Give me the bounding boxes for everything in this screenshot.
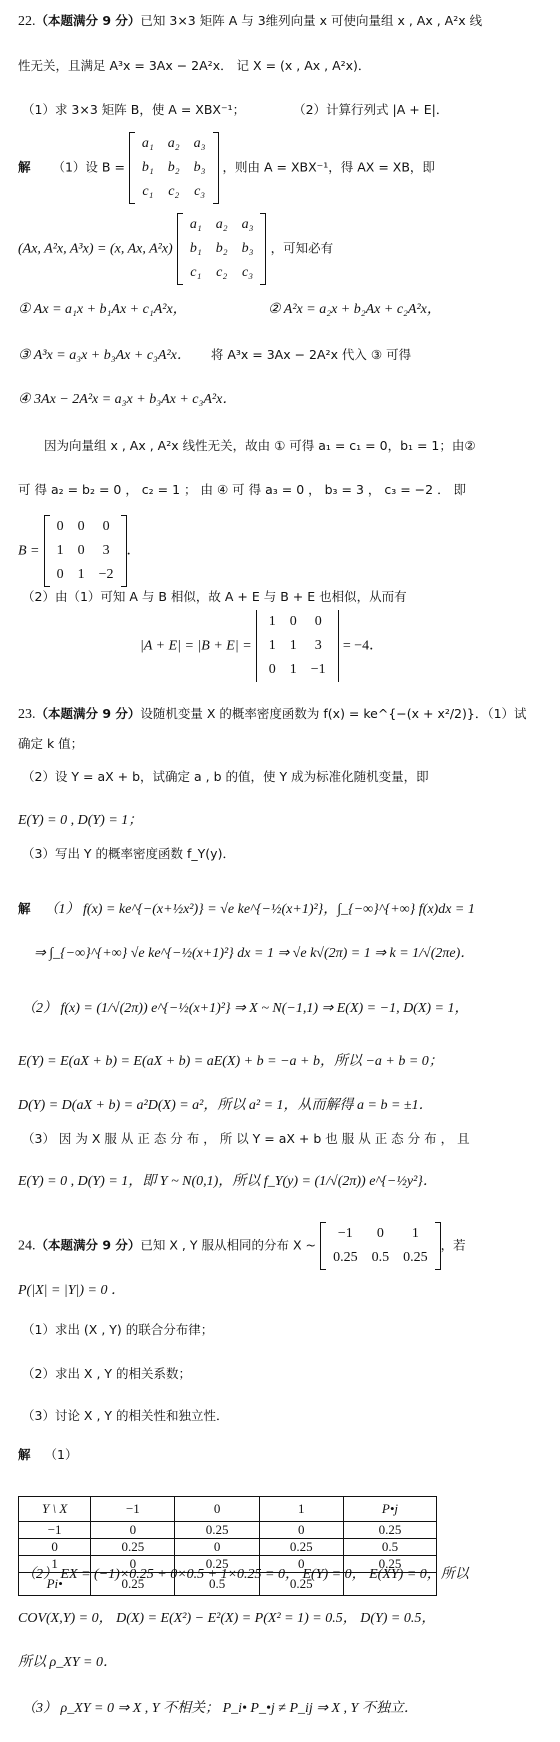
q24-sol3: （3） ρ_XY = 0 ⇒ X , Y 不相关； P_i• P_•j ≠ P_… <box>22 1700 418 1718</box>
table-header-cell: P•j <box>343 1497 436 1522</box>
q24-sol2-line1: （2） EX = (−1)×0.25 + 0×0.5 + 1×0.25 = 0，… <box>22 1566 469 1584</box>
q22-eq-suffix: ，可知必有 <box>271 241 334 256</box>
table-header-cell: 0 <box>175 1497 259 1522</box>
q23-sol-label: 解 <box>18 901 31 916</box>
q23-score-label: （本题满分 9 分） <box>36 706 141 721</box>
q23-number: 23. <box>18 707 36 722</box>
q22-eq3-sub: 将 A³x = 3Ax − 2A²x 代入 ③ 可得 <box>211 347 411 362</box>
table-header-row: Y \ X −1 0 1 P•j <box>19 1497 437 1522</box>
matrix-b-result: 000 103 01−2 <box>44 515 127 587</box>
q22-part1: （1）求 3×3 矩阵 B，使 A = XBX⁻¹；（2）计算行列式 |A + … <box>22 101 448 119</box>
q24-score-label: （本题满分 9 分） <box>36 1238 141 1253</box>
q22-para1: 因为向量组 x , Ax , A²x 线性无关，故由 ① 可得 a₁ = c₁ … <box>44 437 476 455</box>
q24-sol2-line3: 所以 ρ_XY = 0． <box>18 1654 117 1672</box>
q24-part1: （1）求出 (X , Y) 的联合分布律； <box>22 1321 213 1339</box>
q24-part3: （3）讨论 X , Y 的相关性和独立性． <box>22 1407 229 1425</box>
q22-eq1: ① Ax = a₁x + b₁Ax + c₁A²x， <box>18 301 187 319</box>
q22-number: 22. <box>18 14 36 29</box>
table-row: 0 0.25 0 0.25 0.5 <box>19 1539 437 1556</box>
q23-sol3-line2: E(Y) = 0 , D(Y) = 1，即 Y ~ N(0,1)，所以 f_Y(… <box>18 1173 437 1191</box>
table-header-cell: −1 <box>91 1497 175 1522</box>
q22-sol-label: 解 <box>18 160 31 175</box>
q24-sol-part1: （1） <box>45 1447 78 1462</box>
table-cell: 0 <box>19 1539 91 1556</box>
q22-b-label: B = <box>18 544 40 559</box>
q22-stem-line2: 性无关，且满足 A³x = 3Ax − 2A²x． 记 X = (x , Ax … <box>18 57 370 75</box>
table-header-cell: Y \ X <box>19 1497 91 1522</box>
q22-solution-intro: 解 （1）设 B = a₁a₂a₃ b₁b₂b₃ c₁c₂c₃ ，则由 A = … <box>18 132 435 204</box>
q23-stem-text: 设随机变量 X 的概率密度函数为 f(x) = ke^{−(x + x²/2)}… <box>140 706 526 721</box>
table-cell: 0 <box>259 1522 343 1539</box>
table-cell: 0 <box>175 1539 259 1556</box>
q23-part2-line1: （2）设 Y = aX + b，试确定 a , b 的值，使 Y 成为标准化随机… <box>22 768 429 786</box>
q23-sol1-line1: 解（1） f(x) = ke^{−(x+½x²)} = √e ke^{−½(x+… <box>18 900 475 919</box>
q22-sol-suffix: ，则由 A = XBX⁻¹，得 AX = XB，即 <box>223 160 435 175</box>
q22-eq4: ④ 3Ax − 2A²x = a₃x + b₃Ax + c₃A²x． <box>18 391 236 409</box>
q24-number: 24. <box>18 1239 36 1254</box>
q22-det-lhs: |A + E| = |B + E| = <box>140 639 252 654</box>
q24-stem-line1: 24.（本题满分 9 分）已知 X , Y 服从相同的分布 X ~ −101 0… <box>18 1222 466 1270</box>
q23-sol3-line1: （3） 因 为 X 服 从 正 态 分 布 ， 所 以 Y = aX + b 也… <box>22 1130 470 1148</box>
table-cell: 0.25 <box>259 1539 343 1556</box>
q23-part3: （3）写出 Y 的概率密度函数 f_Y(y)． <box>22 845 235 863</box>
q23-sol2-line2: E(Y) = E(aX + b) = E(aX + b) = aE(X) + b… <box>18 1053 443 1071</box>
table-cell: −1 <box>19 1522 91 1539</box>
q23-sol1-line2: ⇒ ∫_{−∞}^{+∞} √e ke^{−½(x+1)²} dx = 1 ⇒ … <box>34 945 474 963</box>
q24-stem-prefix: 已知 X , Y 服从相同的分布 X ~ <box>140 1238 316 1253</box>
q22-eq-lhs: (Ax, A²x, A³x) = (x, Ax, A²x) <box>18 242 173 257</box>
q22-part2-solution: （2）由（1）可知 A 与 B 相似，故 A + E 与 B + E 也相似，从… <box>22 588 407 606</box>
q22-sol-prefix: （1）设 B = <box>52 160 124 175</box>
q22-part1-text: （1）求 3×3 矩阵 B，使 A = XBX⁻¹； <box>22 102 245 117</box>
q22-stem-line1: 22.（本题满分 9 分）已知 3×3 矩阵 A 与 3维列向量 x 可使向量组… <box>18 12 482 31</box>
q22-stem-text: 已知 3×3 矩阵 A 与 3维列向量 x 可使向量组 x , Ax , A²x… <box>140 13 482 28</box>
q24-stem-line2: P(|X| = |Y|) = 0 ． <box>18 1282 125 1300</box>
table-header-cell: 1 <box>259 1497 343 1522</box>
q22-matrix-equation: (Ax, A²x, A³x) = (x, Ax, A²x) a₁a₂a₃ b₁b… <box>18 213 333 285</box>
q22-det-result: = −4． <box>343 639 383 654</box>
q22-b-result: B = 000 103 01−2 ． <box>18 515 141 587</box>
q24-sol-header: 解（1） <box>18 1446 77 1464</box>
distribution-matrix: −101 0.250.50.25 <box>320 1222 441 1270</box>
table-cell: 0.25 <box>343 1522 436 1539</box>
q22-part2-text: （2）计算行列式 |A + E|． <box>293 102 448 117</box>
q23-part2-line2: E(Y) = 0 , D(Y) = 1； <box>18 812 142 830</box>
q24-stem-suffix: ，若 <box>441 1238 466 1253</box>
q24-sol-label: 解 <box>18 1447 31 1462</box>
q22-eq2: ② A²x = a₂x + b₂Ax + c₂A²x， <box>268 301 441 319</box>
q22-eq3: ③ A³x = a₃x + b₃Ax + c₃A²x． <box>18 348 191 363</box>
q23-sol2-line1: （2） f(x) = (1/√(2π)) e^{−½(x+1)²} ⇒ X ~ … <box>22 1000 469 1018</box>
q23-sol2-line3: D(Y) = D(aX + b) = a²D(X) = a²，所以 a² = 1… <box>18 1097 433 1115</box>
matrix-b-symbolic: a₁a₂a₃ b₁b₂b₃ c₁c₂c₃ <box>129 132 219 204</box>
determinant-b-plus-e: 100 113 01−1 <box>256 610 339 682</box>
table-row: −1 0 0.25 0 0.25 <box>19 1522 437 1539</box>
table-cell: 0.25 <box>175 1522 259 1539</box>
q23-stem-line2: 确定 k 值； <box>18 735 83 753</box>
table-cell: 0.5 <box>343 1539 436 1556</box>
q22-eq3-line: ③ A³x = a₃x + b₃Ax + c₃A²x．将 A³x = 3Ax −… <box>18 346 411 365</box>
q22-determinant: |A + E| = |B + E| = 100 113 01−1 = −4． <box>140 610 383 682</box>
table-cell: 0 <box>91 1522 175 1539</box>
q22-score-label: （本题满分 9 分） <box>36 13 141 28</box>
q24-part2: （2）求出 X , Y 的相关系数； <box>22 1365 191 1383</box>
matrix-b-symbolic-2: a₁a₂a₃ b₁b₂b₃ c₁c₂c₃ <box>177 213 267 285</box>
q23-stem-line1: 23.（本题满分 9 分）设随机变量 X 的概率密度函数为 f(x) = ke^… <box>18 705 527 724</box>
q23-sol1-text: （1） f(x) = ke^{−(x+½x²)} = √e ke^{−½(x+1… <box>45 902 475 917</box>
table-cell: 0.25 <box>91 1539 175 1556</box>
q22-para2: 可 得 a₂ = b₂ = 0 ， c₂ = 1 ； 由 ④ 可 得 a₃ = … <box>18 481 466 499</box>
q24-sol2-line2: COV(X,Y) = 0， D(X) = E(X²) − E²(X) = P(X… <box>18 1610 435 1628</box>
